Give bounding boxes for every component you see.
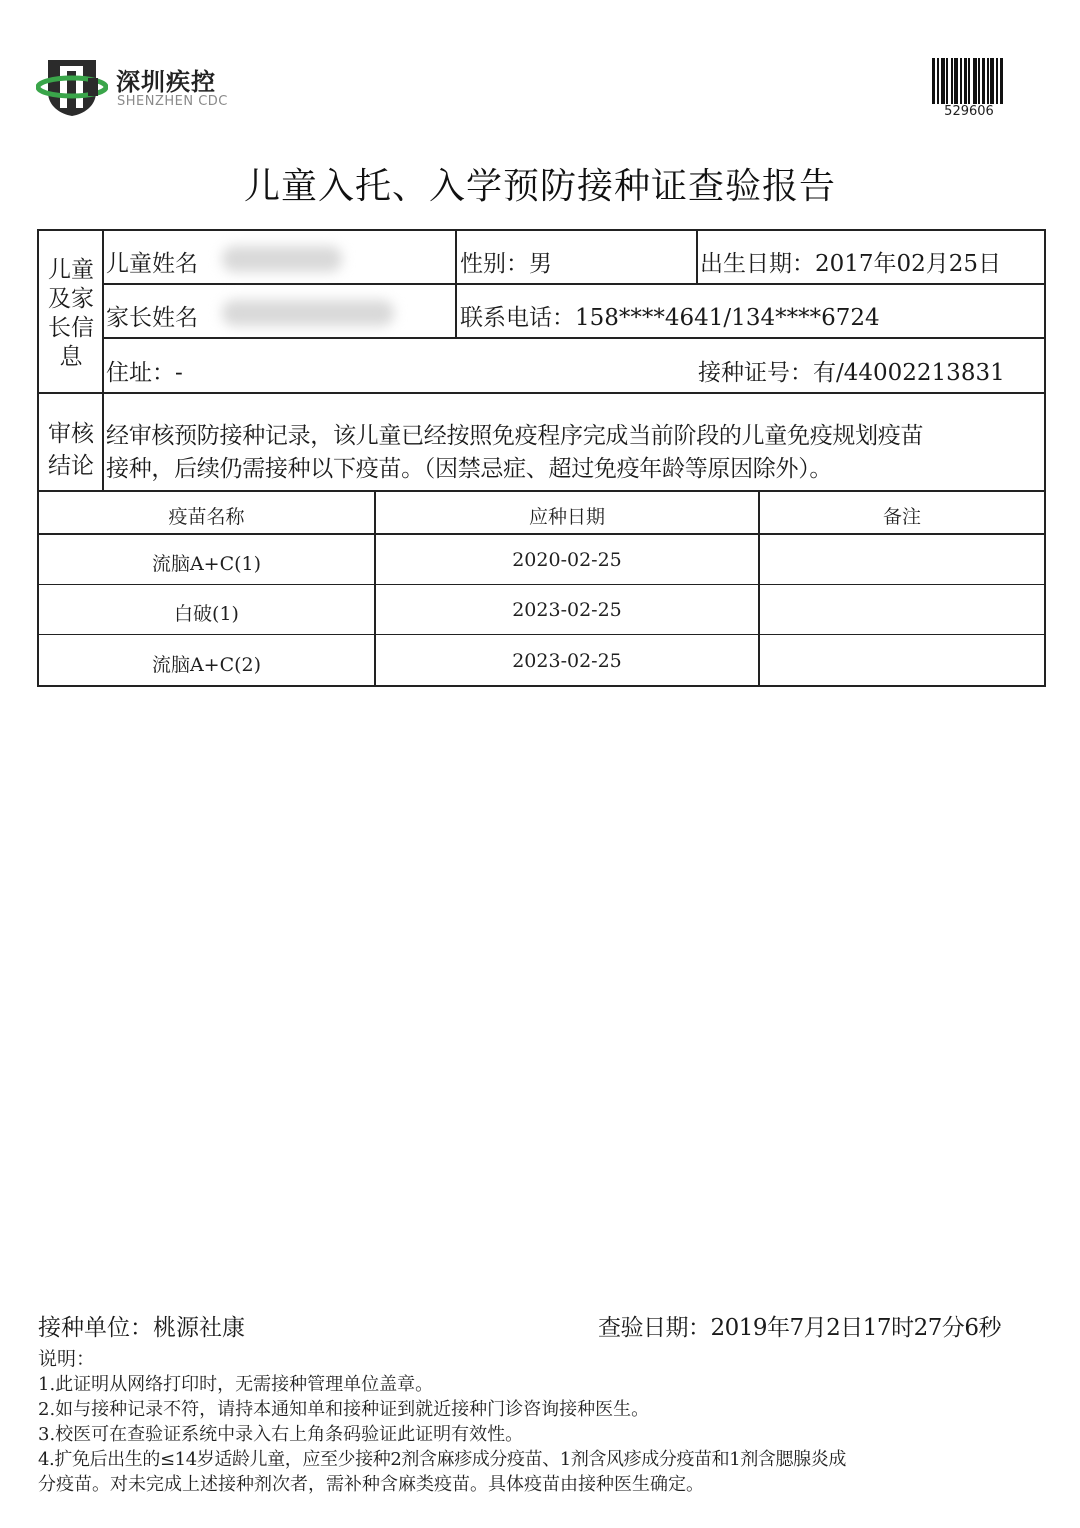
- parent-name-label: 家长姓名: [106, 299, 198, 332]
- verification-barcode: 529606: [930, 58, 1008, 120]
- logo-name-cn: 深圳疾控: [116, 62, 216, 97]
- due-date-cell: 2020-02-25: [376, 549, 758, 571]
- column-header-remarks: 备注: [760, 502, 1044, 529]
- certificate-number-field: 接种证号：有/44002213831: [698, 354, 1005, 387]
- info-side-label: 儿童 及家 长信 息: [40, 256, 102, 372]
- column-header-due-date: 应种日期: [376, 502, 758, 529]
- due-date-cell: 2023-02-25: [376, 650, 758, 672]
- child-name-value-redacted: [222, 246, 342, 272]
- notes-title: 说明：: [38, 1347, 95, 1372]
- birth-date-field: 出生日期：2017年02月25日: [700, 245, 1001, 278]
- due-date-cell: 2023-02-25: [376, 599, 758, 621]
- report-title: 儿童入托、入学预防接种证查验报告: [0, 158, 1080, 209]
- vaccination-unit: 接种单位：桃源社康: [38, 1309, 245, 1342]
- vaccine-name-cell: 流脑A+C(2): [39, 650, 374, 677]
- vaccine-name-cell: 流脑A+C(1): [39, 549, 374, 576]
- note-item: 4.扩免后出生的≤14岁适龄儿童，应至少接种2剂含麻疹成分疫苗、1剂含风疹成分疫…: [38, 1447, 846, 1472]
- address-field: 住址：-: [106, 354, 183, 387]
- column-header-vaccine-name: 疫苗名称: [39, 502, 374, 529]
- note-item: 3.校医可在查验证系统中录入右上角条码验证此证明有效性。: [38, 1422, 523, 1447]
- child-name-label: 儿童姓名: [106, 245, 198, 278]
- check-date: 查验日期：2019年7月2日17时27分6秒: [598, 1309, 1001, 1342]
- note-item: 2.如与接种记录不符，请持本通知单和接种证到就近接种门诊咨询接种医生。: [38, 1397, 649, 1422]
- vaccine-name-cell: 白破(1): [39, 599, 374, 626]
- review-conclusion-line-2: 接种，后续仍需接种以下疫苗。（因禁忌症、超过免疫年龄等原因除外）。: [106, 450, 832, 483]
- parent-name-value-redacted: [222, 300, 394, 326]
- barcode-icon: [932, 58, 1006, 104]
- review-conclusion-line-1: 经审核预防接种记录，该儿童已经按照免疫程序完成当前阶段的儿童免疫规划疫苗: [106, 417, 923, 450]
- logo-name-en: SHENZHEN CDC: [117, 94, 228, 109]
- barcode-number: 529606: [930, 104, 1008, 119]
- review-side-label: 审核 结论: [40, 418, 102, 482]
- gender-field: 性别：男: [460, 245, 552, 278]
- note-item: 分疫苗。对未完成上述接种剂次者，需补种含麻类疫苗。具体疫苗由接种医生确定。: [38, 1472, 704, 1497]
- note-item: 1.此证明从网络打印时，无需接种管理单位盖章。: [38, 1372, 433, 1397]
- shenzhen-cdc-logo: 深圳疾控 SHENZHEN CDC: [36, 58, 246, 118]
- phone-field: 联系电话：158****4641/134****6724: [460, 299, 880, 332]
- shenzhen-cdc-shield-logo-icon: [36, 58, 108, 118]
